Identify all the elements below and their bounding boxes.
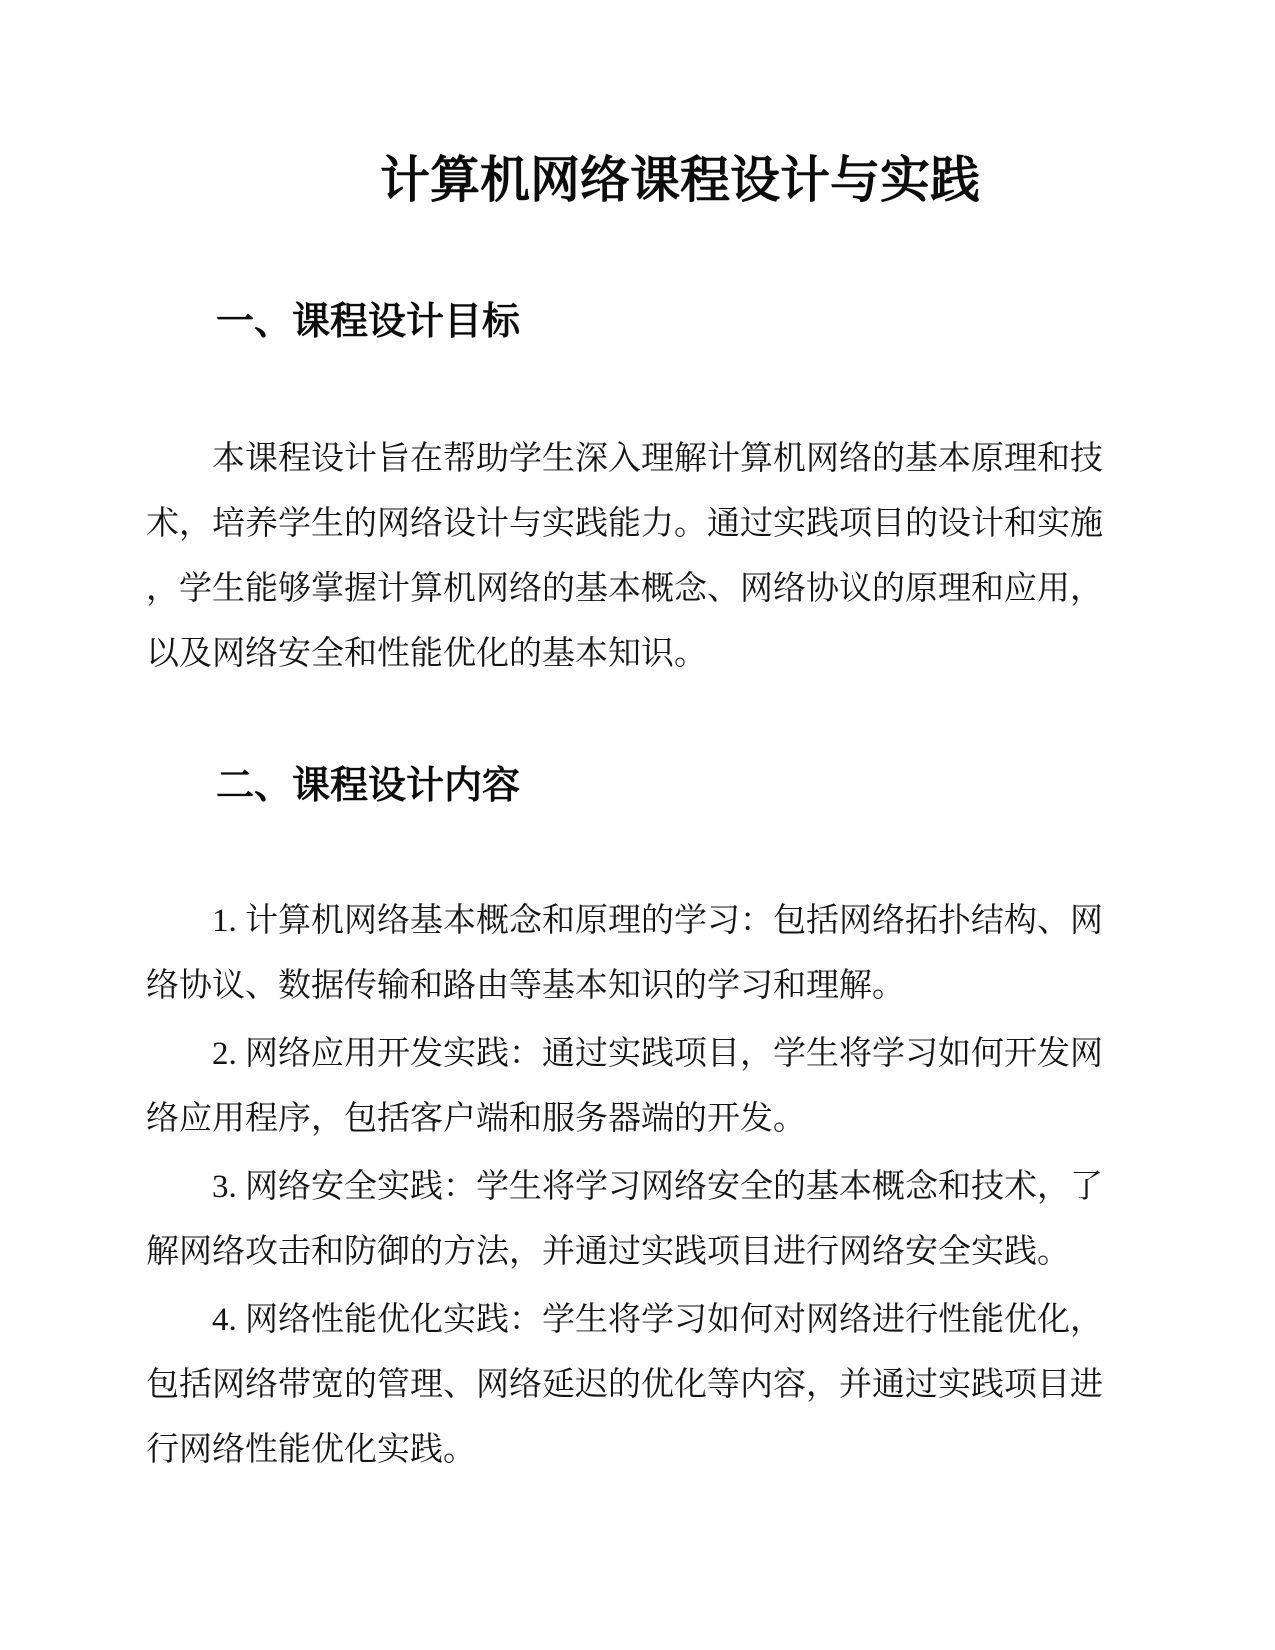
paragraph-course-goals: 本课程设计旨在帮助学生深入理解计算机网络的基本原理和技 术，培养学生的网络设计与…: [146, 427, 1129, 687]
list-item-1-network-concepts: 1. 计算机网络基本概念和原理的学习：包括网络拓扑结构、网 络协议、数据传输和路…: [146, 889, 1129, 1019]
course-content-list: 1. 计算机网络基本概念和原理的学习：包括网络拓扑结构、网 络协议、数据传输和路…: [146, 889, 1129, 1483]
document-title: 计算机网络课程设计与实践: [146, 150, 1129, 210]
list-item-4-performance-optimization: 4. 网络性能优化实践：学生将学习如何对网络进行性能优化， 包括网络带宽的管理、…: [146, 1288, 1129, 1483]
document-content: 计算机网络课程设计与实践 一、课程设计目标 本课程设计旨在帮助学生深入理解计算机…: [0, 150, 1275, 1483]
section-heading-course-content: 二、课程设计内容: [146, 762, 1129, 810]
list-item-3-network-security: 3. 网络安全实践：学生将学习网络安全的基本概念和技术，了 解网络攻击和防御的方…: [146, 1155, 1129, 1285]
section-heading-course-goals: 一、课程设计目标: [146, 298, 1129, 346]
document-page: 计算机网络课程设计与实践 一、课程设计目标 本课程设计旨在帮助学生深入理解计算机…: [0, 0, 1275, 1650]
list-item-2-app-development: 2. 网络应用开发实践：通过实践项目，学生将学习如何开发网 络应用程序，包括客户…: [146, 1022, 1129, 1152]
